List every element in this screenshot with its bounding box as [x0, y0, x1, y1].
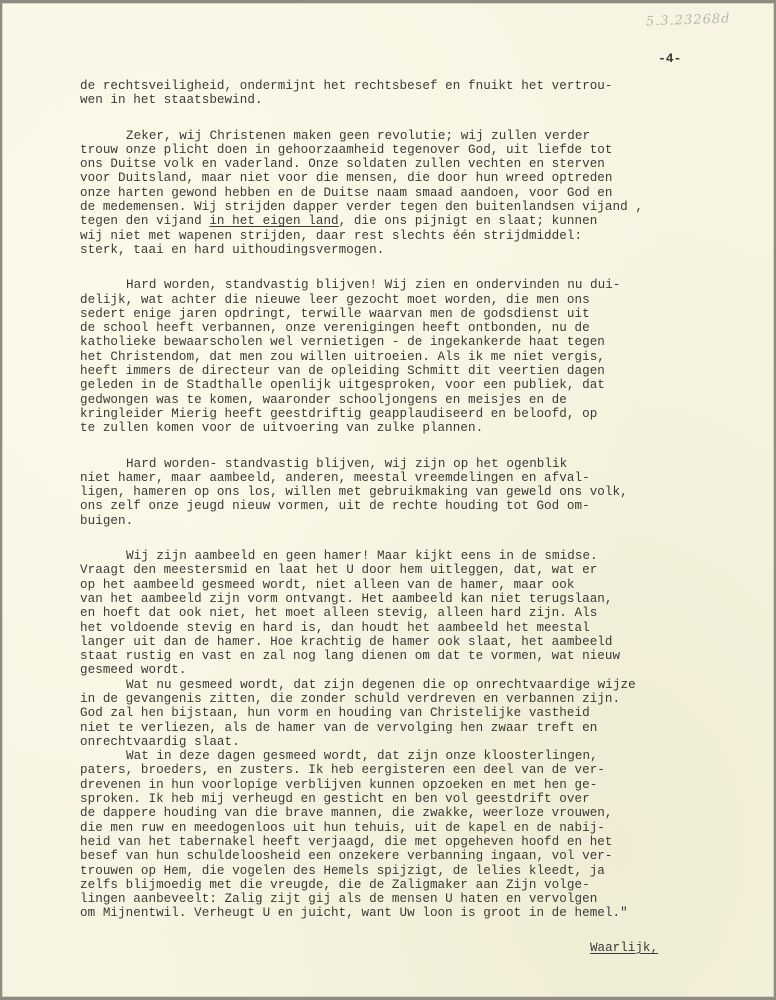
text-line: lingen aanbeveelt: Zalig zijt gij als de… [80, 892, 760, 906]
text-segment: van het aambeeld zijn vorm ontvangt. Het… [80, 592, 613, 606]
text-segment: niet hamer, maar aambeeld, anderen, mees… [80, 471, 590, 485]
text-line: trouw onze plicht doen in gehoorzaamheid… [80, 143, 760, 157]
typed-body: de rechtsveiligheid, ondermijnt het rech… [80, 79, 760, 921]
text-line: in de gevangenis zitten, die zonder schu… [80, 692, 760, 706]
text-line: te zullen komen voor de uitvoering van z… [80, 421, 760, 435]
text-line: gedwongen was te komen, waaronder school… [80, 393, 760, 407]
text-segment: trouw onze plicht doen in gehoorzaamheid… [80, 143, 613, 157]
text-line: ons Duitse volk en vaderland. Onze solda… [80, 157, 760, 171]
text-segment: zelfs blijmoedig met die vreugde, die de… [80, 878, 590, 892]
text-segment: gesmeed wordt. [80, 663, 187, 677]
text-line: trouwen op Hem, die vogelen des Hemels s… [80, 864, 760, 878]
text-segment: katholieke bewaarscholen wel vernietigen… [80, 335, 605, 349]
text-segment: die men ruw en meedogenloos uit hun tehu… [80, 821, 605, 835]
text-segment: Vraagt den meestersmid en laat het U doo… [80, 563, 597, 577]
text-line: geleden in de Stadthalle openlijk uitges… [80, 378, 760, 392]
text-line: delijk, wat achter die nieuwe leer gezoc… [80, 293, 760, 307]
text-segment: het Christendom, dat men zou willen uitr… [80, 350, 605, 364]
text-line: wij niet met wapenen strijden, daar rest… [80, 229, 760, 243]
text-line: de rechtsveiligheid, ondermijnt het rech… [80, 79, 760, 93]
text-line: heeft immers de directeur van de opleidi… [80, 364, 760, 378]
text-segment: het voldoende stevig en hard is, dan hou… [80, 621, 590, 635]
text-line: gesmeed wordt. [80, 663, 760, 677]
text-line: paters, broeders, en zusters. Ik heb eer… [80, 763, 760, 777]
text-segment: buigen. [80, 514, 133, 528]
text-segment: sterk, taai en hard uithoudingsvermogen. [80, 243, 384, 257]
text-segment: ons zelf onze jeugd nieuw vormen, uit de… [80, 499, 590, 513]
text-segment: in de gevangenis zitten, die zonder schu… [80, 692, 620, 706]
text-line: heid van het tabernakel heeft verjaagd, … [80, 835, 760, 849]
text-line: Zeker, wij Christenen maken geen revolut… [80, 129, 760, 143]
text-line: ons zelf onze jeugd nieuw vormen, uit de… [80, 499, 760, 513]
text-line: de dappere houding van die brave mannen,… [80, 806, 760, 820]
text-line: sproken. Ik heb mij verheugd en gesticht… [80, 792, 760, 806]
text-segment: voor Duitsland, maar niet voor die mense… [80, 171, 613, 185]
text-segment: de medemensen. Wij strijden dapper verde… [80, 200, 643, 214]
underlined-text: in het eigen land [209, 214, 338, 228]
closing-word: Waarlijk, [590, 941, 658, 955]
text-line: Wat nu gesmeed wordt, dat zijn degenen d… [80, 678, 760, 692]
text-line: niet te verliezen, als de hamer van de v… [80, 721, 760, 735]
paragraph: Wat in deze dagen gesmeed wordt, dat zij… [80, 749, 760, 921]
text-segment: de dappere houding van die brave mannen,… [80, 806, 613, 820]
text-line: het voldoende stevig en hard is, dan hou… [80, 621, 760, 635]
page-number: -4- [658, 51, 681, 66]
text-line: om Mijnentwil. Verheugt U en juicht, wan… [80, 906, 760, 920]
text-line: drevenen in hun voorlopige verblijven ku… [80, 778, 760, 792]
text-segment: staat rustig en vast en zal nog lang die… [80, 649, 620, 663]
text-line: op het aambeeld gesmeed wordt, niet alle… [80, 578, 760, 592]
paragraph: Hard worden- standvastig blijven, wij zi… [80, 457, 760, 528]
text-segment: de school heeft verbannen, onze verenigi… [80, 321, 590, 335]
archive-reference: 5.3.23268d [646, 12, 731, 30]
text-segment: trouwen op Hem, die vogelen des Hemels s… [80, 864, 605, 878]
text-segment: drevenen in hun voorlopige verblijven ku… [80, 778, 597, 792]
text-segment: , die ons pijnigt en slaat; kunnen [339, 214, 598, 228]
text-line: van het aambeeld zijn vorm ontvangt. Het… [80, 592, 760, 606]
text-line: buigen. [80, 514, 760, 528]
text-line: Hard worden, standvastig blijven! Wij zi… [80, 278, 760, 292]
text-segment: heeft immers de directeur van de opleidi… [80, 364, 605, 378]
text-segment: lingen aanbeveelt: Zalig zijt gij als de… [80, 892, 597, 906]
text-segment: heid van het tabernakel heeft verjaagd, … [80, 835, 613, 849]
text-line: onrechtvaardig slaat. [80, 735, 760, 749]
text-segment: ligen, hameren op ons los, willen met ge… [80, 485, 628, 499]
text-segment: God zal hen bijstaan, hun vorm en houdin… [80, 706, 590, 720]
text-segment: paters, broeders, en zusters. Ik heb eer… [80, 763, 605, 777]
text-segment: sproken. Ik heb mij verheugd en gesticht… [80, 792, 590, 806]
text-line: niet hamer, maar aambeeld, anderen, mees… [80, 471, 760, 485]
text-segment: Hard worden, standvastig blijven! Wij zi… [126, 278, 621, 292]
text-segment: Zeker, wij Christenen maken geen revolut… [126, 129, 590, 143]
text-line: sterk, taai en hard uithoudingsvermogen. [80, 243, 760, 257]
text-segment: sedert enige jaren opdringt, terwille wa… [80, 307, 590, 321]
text-line: God zal hen bijstaan, hun vorm en houdin… [80, 706, 760, 720]
text-segment: langer uit dan de hamer. Hoe krachtig de… [80, 635, 613, 649]
text-line: onze harten gewond hebben en de Duitse n… [80, 186, 760, 200]
text-segment: niet te verliezen, als de hamer van de v… [80, 721, 597, 735]
text-line: sedert enige jaren opdringt, terwille wa… [80, 307, 760, 321]
text-segment: en hoeft dat ook niet, het moet alleen s… [80, 606, 597, 620]
text-line: katholieke bewaarscholen wel vernietigen… [80, 335, 760, 349]
text-line: de medemensen. Wij strijden dapper verde… [80, 200, 760, 214]
text-line: de school heeft verbannen, onze verenigi… [80, 321, 760, 335]
paragraph-gap [80, 436, 760, 457]
text-segment: Hard worden- standvastig blijven, wij zi… [126, 457, 567, 471]
text-segment: geleden in de Stadthalle openlijk uitges… [80, 378, 605, 392]
text-line: staat rustig en vast en zal nog lang die… [80, 649, 760, 663]
paragraph: Zeker, wij Christenen maken geen revolut… [80, 129, 760, 258]
text-segment: onze harten gewond hebben en de Duitse n… [80, 186, 613, 200]
text-line: Hard worden- standvastig blijven, wij zi… [80, 457, 760, 471]
text-segment: tegen den vijand [80, 214, 209, 228]
text-line: het Christendom, dat men zou willen uitr… [80, 350, 760, 364]
text-segment: om Mijnentwil. Verheugt U en juicht, wan… [80, 906, 628, 920]
text-line: voor Duitsland, maar niet voor die mense… [80, 171, 760, 185]
paragraph-gap [80, 257, 760, 278]
text-segment: delijk, wat achter die nieuwe leer gezoc… [80, 293, 590, 307]
paragraph-gap [80, 528, 760, 549]
text-segment: kringleider Mierig heeft geestdriftig ge… [80, 407, 597, 421]
text-segment: wij niet met wapenen strijden, daar rest… [80, 229, 582, 243]
text-line: ligen, hameren op ons los, willen met ge… [80, 485, 760, 499]
text-segment: gedwongen was te komen, waaronder school… [80, 393, 567, 407]
text-segment: Wat in deze dagen gesmeed wordt, dat zij… [126, 749, 598, 763]
text-line: tegen den vijand in het eigen land, die … [80, 214, 760, 228]
paragraph: de rechtsveiligheid, ondermijnt het rech… [80, 79, 760, 108]
text-line: die men ruw en meedogenloos uit hun tehu… [80, 821, 760, 835]
text-line: Wat in deze dagen gesmeed wordt, dat zij… [80, 749, 760, 763]
text-segment: op het aambeeld gesmeed wordt, niet alle… [80, 578, 575, 592]
text-segment: Wij zijn aambeeld en geen hamer! Maar ki… [126, 549, 598, 563]
text-line: Vraagt den meestersmid en laat het U doo… [80, 563, 760, 577]
paragraph: Wij zijn aambeeld en geen hamer! Maar ki… [80, 549, 760, 678]
text-segment: ons Duitse volk en vaderland. Onze solda… [80, 157, 605, 171]
text-segment: onrechtvaardig slaat. [80, 735, 240, 749]
document-page: 5.3.23268d -4- de rechtsveiligheid, onde… [2, 3, 774, 997]
text-line: zelfs blijmoedig met die vreugde, die de… [80, 878, 760, 892]
text-segment: besef van hun schuldeloosheid een onzeke… [80, 849, 613, 863]
text-segment: wen in het staatsbewind. [80, 93, 263, 107]
text-line: Wij zijn aambeeld en geen hamer! Maar ki… [80, 549, 760, 563]
text-segment: te zullen komen voor de uitvoering van z… [80, 421, 483, 435]
text-line: en hoeft dat ook niet, het moet alleen s… [80, 606, 760, 620]
text-line: wen in het staatsbewind. [80, 93, 760, 107]
text-segment: de rechtsveiligheid, ondermijnt het rech… [80, 79, 613, 93]
text-line: langer uit dan de hamer. Hoe krachtig de… [80, 635, 760, 649]
text-line: besef van hun schuldeloosheid een onzeke… [80, 849, 760, 863]
text-line: kringleider Mierig heeft geestdriftig ge… [80, 407, 760, 421]
paragraph: Hard worden, standvastig blijven! Wij zi… [80, 278, 760, 435]
paragraph: Wat nu gesmeed wordt, dat zijn degenen d… [80, 678, 760, 749]
text-segment: Wat nu gesmeed wordt, dat zijn degenen d… [126, 678, 636, 692]
paragraph-gap [80, 108, 760, 129]
